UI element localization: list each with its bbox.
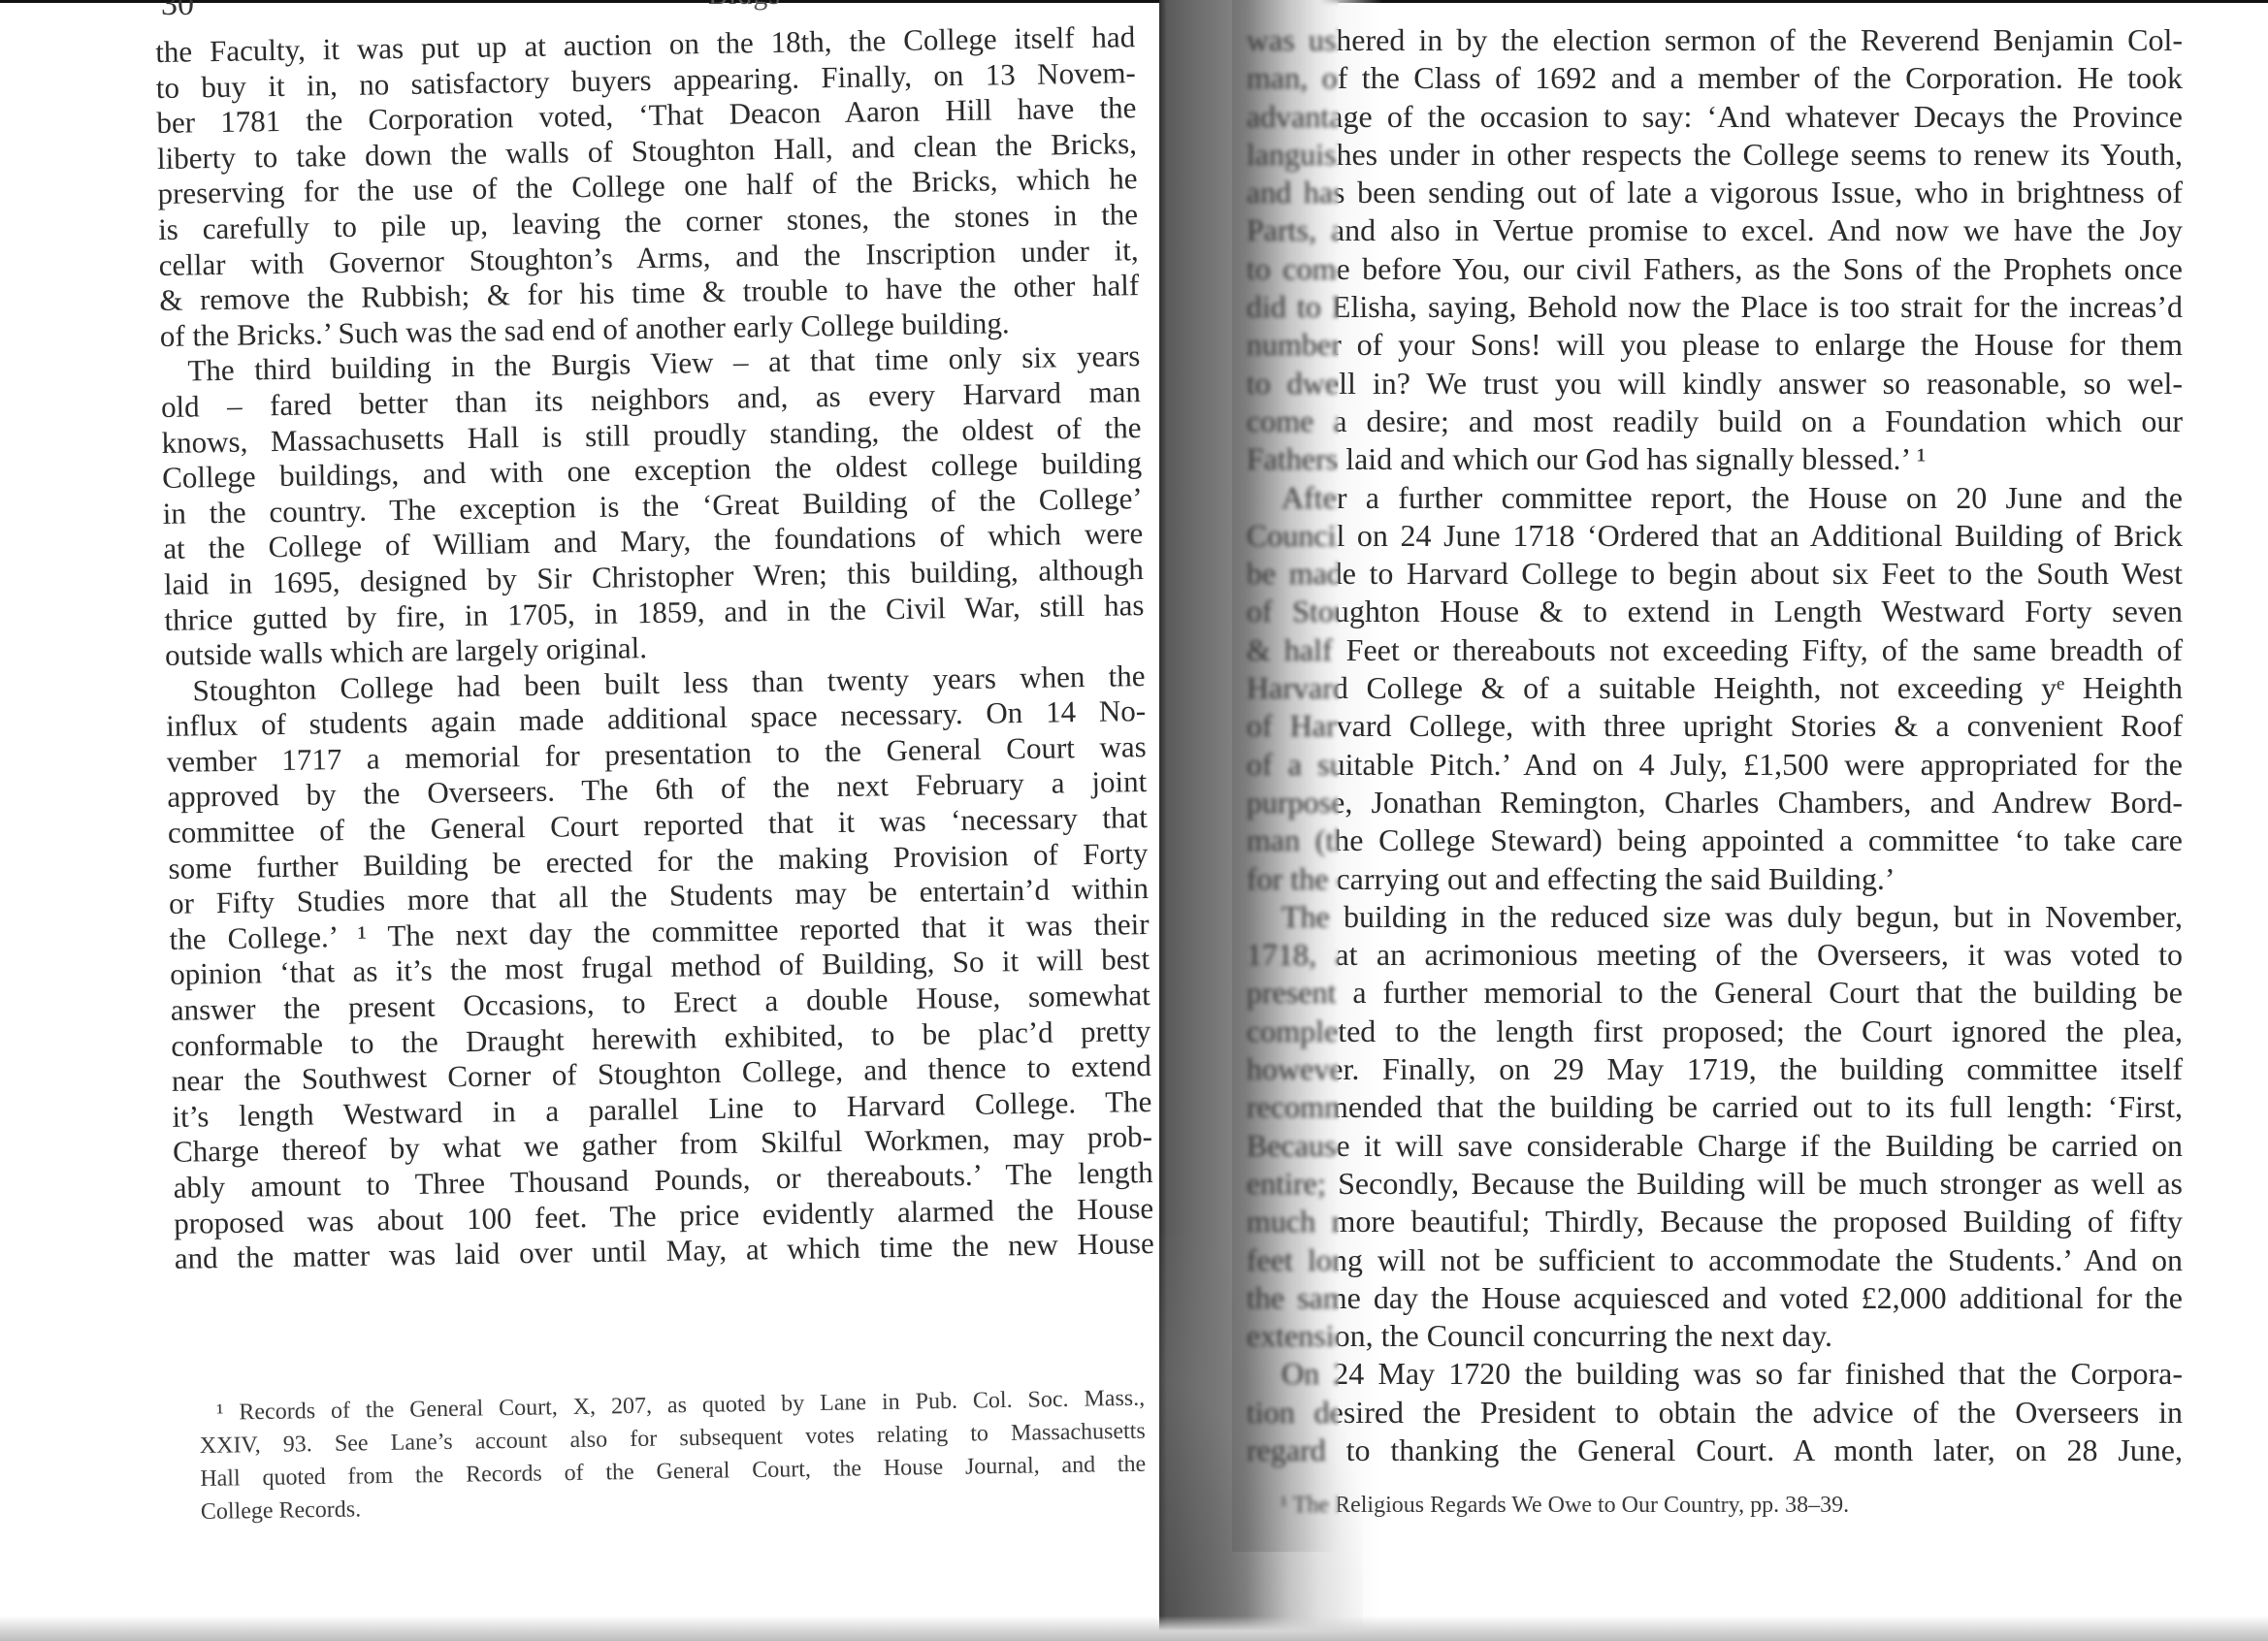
text-line: Fathers laid and which our God has signa…: [1247, 440, 2183, 478]
spine-blur-overlay: [1232, 0, 1339, 1552]
running-head-fragment: Bldgs: [708, 0, 781, 12]
left-page-body: the Faculty, it was put up at auction on…: [155, 19, 1154, 1276]
page-number: 30: [161, 0, 194, 23]
text-line: to come before You, our civil Fathers, a…: [1247, 250, 2183, 288]
text-line: man (the College Steward) being appointe…: [1247, 821, 2183, 859]
text-line: much more beautiful; Thirdly, Because th…: [1247, 1203, 2183, 1240]
text-line: Council on 24 June 1718 ‘Ordered that an…: [1247, 517, 2183, 555]
text-line: recommended that the building be carried…: [1247, 1088, 2183, 1126]
text-line: 1718, at an acrimonious meeting of the O…: [1247, 936, 2183, 974]
text-line: and has been sending out of late a vigor…: [1247, 174, 2183, 211]
text-line: languishes under in other respects the C…: [1247, 136, 2183, 174]
text-line: the same day the House acquiesced and vo…: [1247, 1279, 2183, 1317]
text-line: entire; Secondly, Because the Building w…: [1247, 1165, 2183, 1203]
text-line: completed to the length first proposed; …: [1247, 1013, 2183, 1050]
text-line: be made to Harvard College to begin abou…: [1247, 555, 2183, 593]
right-page-footnote: ¹ The Religious Regards We Owe to Our Co…: [1280, 1489, 2154, 1522]
right-page-body: was ushered in by the election sermon of…: [1247, 21, 2183, 1469]
text-line: Harvard College & of a suitable Heighth,…: [1247, 669, 2183, 707]
text-line: however. Finally, on 29 May 1719, the bu…: [1247, 1050, 2183, 1088]
text-line: present a further memorial to the Genera…: [1247, 974, 2183, 1012]
text-line: was ushered in by the election sermon of…: [1247, 21, 2183, 59]
text-line: tion desired the President to obtain the…: [1247, 1394, 2183, 1432]
text-line: purpose, Jonathan Remington, Charles Cha…: [1247, 784, 2183, 821]
text-line: for the carrying out and effecting the s…: [1247, 860, 2183, 898]
text-line: did to Elisha, saying, Behold now the Pl…: [1247, 288, 2183, 326]
text-line: & half Feet or thereabouts not exceeding…: [1247, 631, 2183, 669]
text-line: of Stoughton House & to extend in Length…: [1247, 593, 2183, 630]
scan-bottom-edge: [0, 1616, 2268, 1641]
text-line: number of your Sons! will you please to …: [1247, 326, 2183, 364]
text-line: to dwell in? We trust you will kindly an…: [1247, 365, 2183, 402]
text-line: extension, the Council concurring the ne…: [1247, 1317, 2183, 1355]
text-line: regard to thanking the General Court. A …: [1247, 1432, 2183, 1469]
text-line: man, of the Class of 1692 and a member o…: [1247, 59, 2183, 97]
left-page-footnote: ¹ Records of the General Court, X, 207, …: [199, 1382, 1147, 1528]
text-line: advantage of the occasion to say: ‘And w…: [1247, 98, 2183, 136]
text-line: come a desire; and most readily build on…: [1247, 402, 2183, 440]
text-line: feet long will not be sufficient to acco…: [1247, 1241, 2183, 1279]
paragraph-start-line: After a further committee report, the Ho…: [1247, 479, 2183, 517]
text-line: of a suitable Pitch.’ And on 4 July, £1,…: [1247, 746, 2183, 784]
footnote-line: ¹ The Religious Regards We Owe to Our Co…: [1280, 1489, 2154, 1522]
text-line: of Harvard College, with three upright S…: [1247, 707, 2183, 745]
paragraph-start-line: On 24 May 1720 the building was so far f…: [1247, 1355, 2183, 1393]
text-line: Parts, and also in Vertue promise to exc…: [1247, 211, 2183, 249]
text-line: Because it will save considerable Charge…: [1247, 1127, 2183, 1165]
paragraph-start-line: The building in the reduced size was dul…: [1247, 898, 2183, 936]
scan-top-edge: [0, 0, 2268, 3]
